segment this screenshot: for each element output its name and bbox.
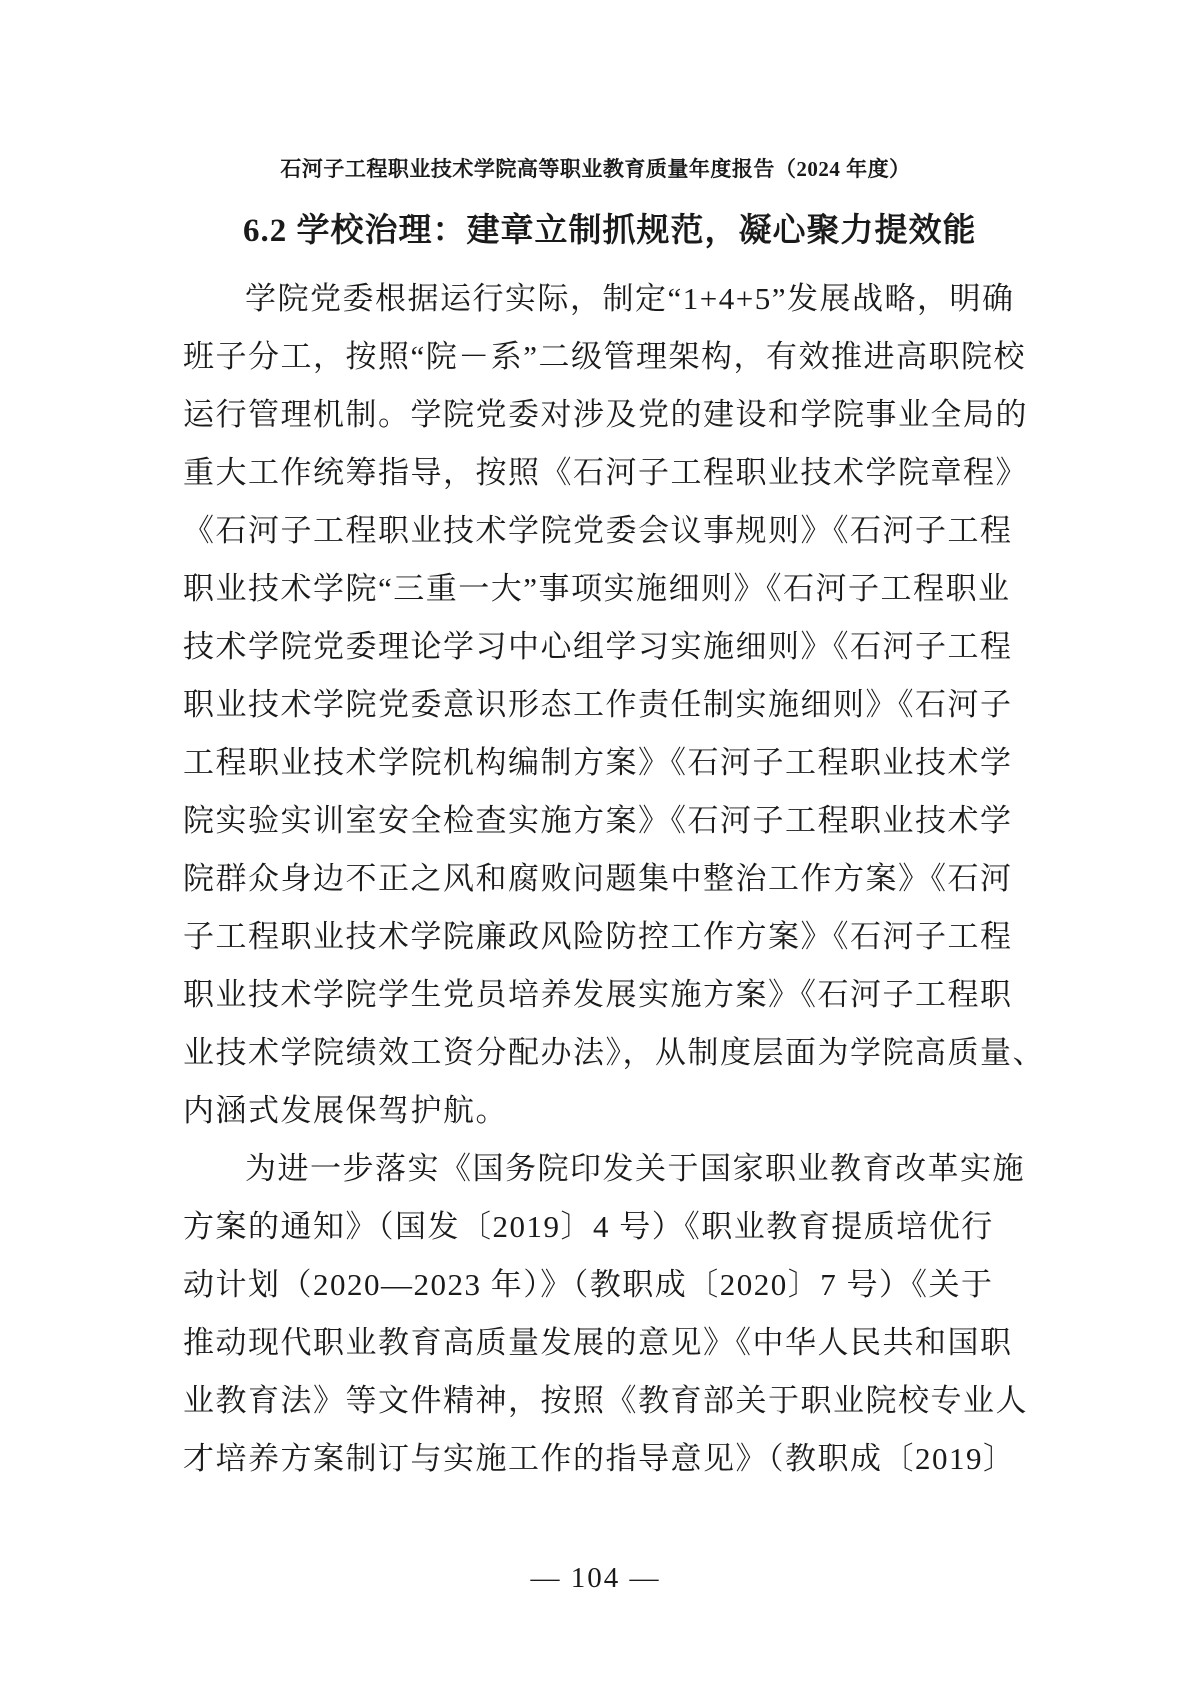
body-text-line: 内涵式发展保驾护航。 [183,1082,1033,1140]
body-text-line: 《石河子工程职业技术学院党委会议事规则》《石河子工程 [183,502,1033,560]
body-text-line: 院实验实训室安全检查实施方案》《石河子工程职业技术学 [183,792,1033,850]
body-text-line: 学院党委根据运行实际，制定“1+4+5”发展战略，明确 [183,270,1033,328]
body-text-line: 职业技术学院学生党员培养发展实施方案》《石河子工程职 [183,966,1033,1024]
document-body: 学院党委根据运行实际，制定“1+4+5”发展战略，明确班子分工，按照“院－系”二… [183,270,1033,1488]
body-text-line: 技术学院党委理论学习中心组学习实施细则》《石河子工程 [183,618,1033,676]
body-text-line: 班子分工，按照“院－系”二级管理架构，有效推进高职院校 [183,328,1033,386]
body-text-line: 运行管理机制。学院党委对涉及党的建设和学院事业全局的 [183,386,1033,444]
paragraph: 学院党委根据运行实际，制定“1+4+5”发展战略，明确班子分工，按照“院－系”二… [183,270,1033,1140]
body-text-line: 才培养方案制订与实施工作的指导意见》（教职成〔2019〕 [183,1430,1033,1488]
body-text-line: 院群众身边不正之风和腐败问题集中整治工作方案》《石河 [183,850,1033,908]
document-header: 石河子工程职业技术学院高等职业教育质量年度报告（2024 年度） [0,153,1191,183]
document-page: 石河子工程职业技术学院高等职业教育质量年度报告（2024 年度） 6.2 学校治… [0,0,1191,1684]
body-text-line: 为进一步落实《国务院印发关于国家职业教育改革实施 [183,1140,1033,1198]
body-text-line: 方案的通知》（国发〔2019〕4 号）《职业教育提质培优行 [183,1198,1033,1256]
body-text-line: 业技术学院绩效工资分配办法》，从制度层面为学院高质量、 [183,1024,1033,1082]
section-heading: 6.2 学校治理：建章立制抓规范，凝心聚力提效能 [183,208,977,254]
body-text-line: 职业技术学院“三重一大”事项实施细则》《石河子工程职业 [183,560,1033,618]
body-text-line: 业教育法》等文件精神，按照《教育部关于职业院校专业人 [183,1372,1033,1430]
paragraph: 为进一步落实《国务院印发关于国家职业教育改革实施方案的通知》（国发〔2019〕4… [183,1140,1033,1488]
body-text-line: 动计划（2020—2023 年）》（教职成〔2020〕7 号）《关于 [183,1256,1033,1314]
body-text-line: 职业技术学院党委意识形态工作责任制实施细则》《石河子 [183,676,1033,734]
body-text-line: 子工程职业技术学院廉政风险防控工作方案》《石河子工程 [183,908,1033,966]
body-text-line: 推动现代职业教育高质量发展的意见》《中华人民共和国职 [183,1314,1033,1372]
body-text-line: 重大工作统筹指导，按照《石河子工程职业技术学院章程》 [183,444,1033,502]
body-text-line: 工程职业技术学院机构编制方案》《石河子工程职业技术学 [183,734,1033,792]
page-number: — 104 — [0,1562,1191,1595]
